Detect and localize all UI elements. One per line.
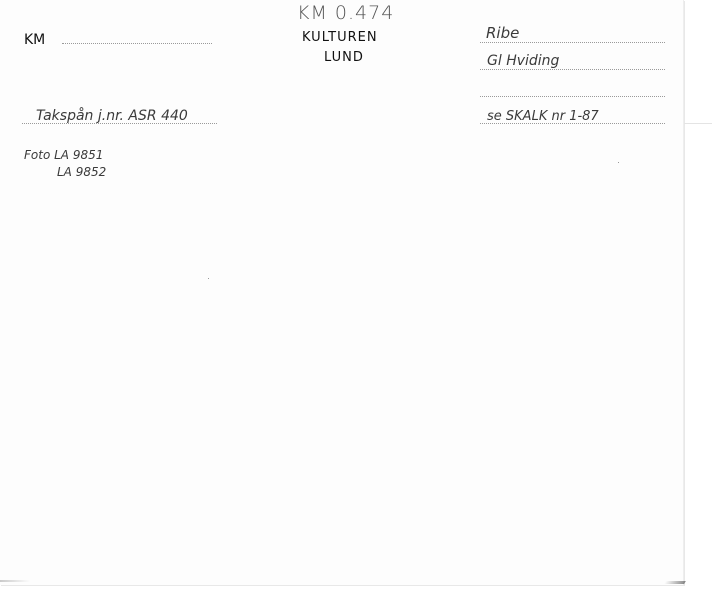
paper-speck (208, 278, 209, 279)
paper-speck (618, 162, 619, 163)
card-corner-shadow (664, 581, 686, 584)
photo-reference-1: Foto LA 9851 (24, 148, 103, 162)
inventory-number: KM 0.474 (297, 2, 394, 24)
place-dotted-line-1 (480, 42, 665, 43)
object-description: Takspån j.nr. ASR 440 (36, 108, 188, 124)
reference-note: se SKALK nr 1-87 (487, 109, 599, 124)
catalog-card: KM KM 0.474 KULTUREN LUND Ribe Gl Hvidin… (0, 0, 684, 585)
photo-reference-2: LA 9852 (57, 165, 106, 179)
place-dotted-line-3 (480, 96, 665, 97)
place-line-2: Gl Hviding (487, 53, 559, 69)
reference-dotted-line (480, 123, 665, 124)
km-number-dotted-line (62, 43, 212, 44)
place-dotted-line-2 (480, 69, 665, 70)
km-label: KM (24, 32, 45, 48)
organization-name: KULTUREN (302, 30, 378, 45)
card-edge-shadow (0, 580, 30, 582)
place-line-1: Ribe (486, 24, 519, 42)
scanned-card-image: KM KM 0.474 KULTUREN LUND Ribe Gl Hvidin… (0, 0, 712, 600)
object-dotted-line (22, 123, 217, 124)
organization-city: LUND (324, 50, 364, 65)
background-line (684, 123, 712, 124)
